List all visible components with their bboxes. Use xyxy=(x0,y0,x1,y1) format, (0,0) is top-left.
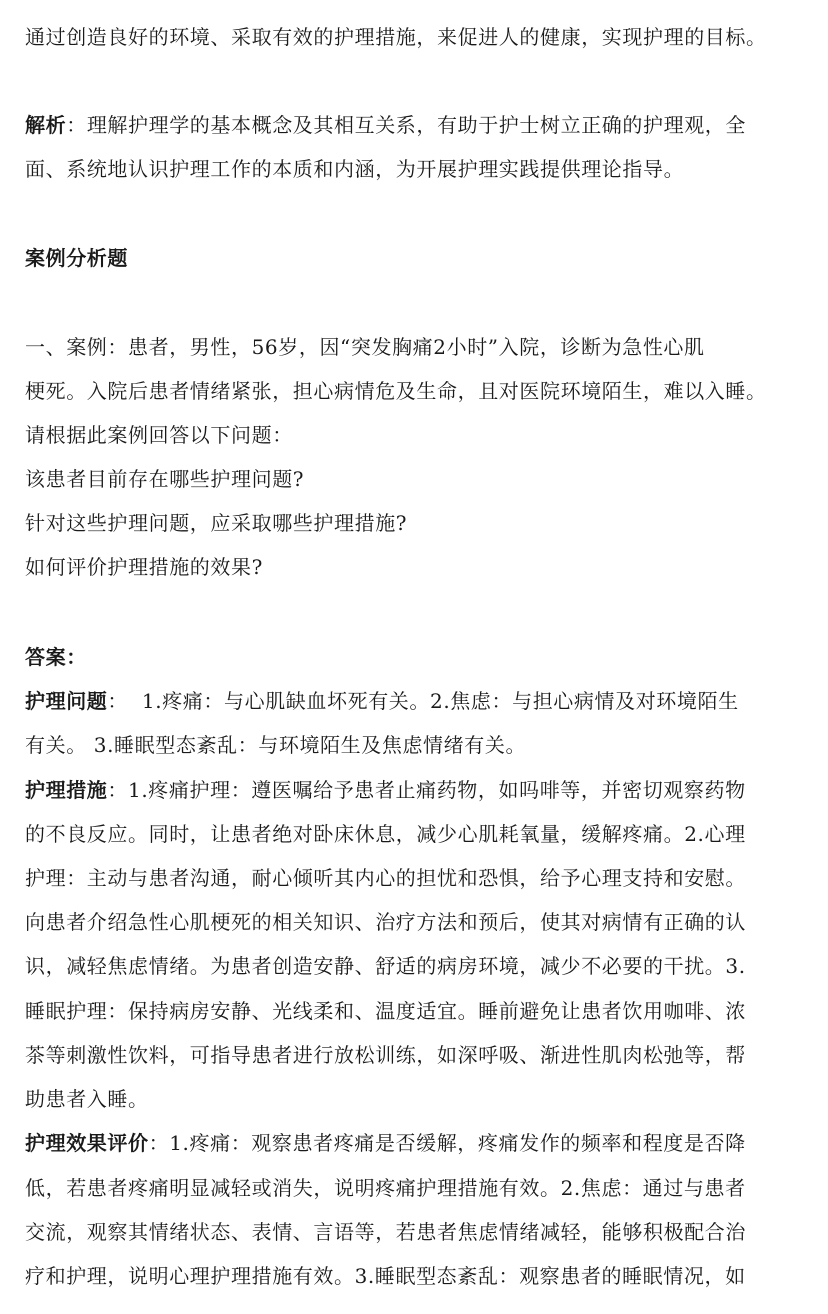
problems-label: 护理问题 xyxy=(25,689,107,713)
problems-colon: ： xyxy=(107,689,128,713)
case-question-2: 针对这些护理问题，应采取哪些护理措施? xyxy=(25,501,815,545)
case-question-3: 如何评价护理措施的效果? xyxy=(25,545,815,589)
answer-label: 答案： xyxy=(25,635,815,679)
measures-line-8: 助患者入睡。 xyxy=(25,1077,815,1121)
evaluation-line-4: 疗和护理，说明心理护理措施有效。3.睡眠型态紊乱：观察患者的睡眠情况，如 xyxy=(25,1254,815,1298)
evaluation-line-3: 交流，观察其情绪状态、表情、言语等，若患者焦虑情绪减轻，能够积极配合治 xyxy=(25,1210,815,1254)
analysis-label: 解析 xyxy=(25,113,66,137)
evaluation-line-2: 低，若患者疼痛明显减轻或消失，说明疼痛护理措施有效。2.焦虑：通过与患者 xyxy=(25,1166,815,1210)
measures-line-2: 的不良反应。同时，让患者绝对卧床休息，减少心肌耗氧量，缓解疼痛。2.心理 xyxy=(25,812,815,856)
case-line-3: 请根据此案例回答以下问题： xyxy=(25,413,815,457)
analysis-text-1: 理解护理学的基本概念及其相互关系，有助于护士树立正确的护理观，全 xyxy=(87,113,746,137)
document-page: 通过创造良好的环境、采取有效的护理措施，来促进人的健康，实现护理的目标。 解析：… xyxy=(0,0,828,1314)
intro-line-1: 通过创造良好的环境、采取有效的护理措施，来促进人的健康，实现护理的目标。 xyxy=(25,15,815,59)
measures-colon: ： xyxy=(107,778,128,802)
measures-line-5: 识，减轻焦虑情绪。为患者创造安静、舒适的病房环境，减少不必要的干扰。3. xyxy=(25,944,815,988)
problems-line-2: 有关。 3.睡眠型态紊乱：与环境陌生及焦虑情绪有关。 xyxy=(25,723,815,767)
evaluation-line-1: 护理效果评价：1.疼痛：观察患者疼痛是否缓解，疼痛发作的频率和程度是否降 xyxy=(25,1121,815,1165)
case-line-2: 梗死。入院后患者情绪紧张，担心病情危及生命，且对医院环境陌生，难以入睡。 xyxy=(25,369,815,413)
measures-line-1: 护理措施：1.疼痛护理：遵医嘱给予患者止痛药物，如吗啡等，并密切观察药物 xyxy=(25,768,815,812)
problems-line-1: 护理问题： 1.疼痛：与心肌缺血坏死有关。2.焦虑：与担心病情及对环境陌生 xyxy=(25,679,815,723)
measures-line-3: 护理：主动与患者沟通，耐心倾听其内心的担忧和恐惧，给予心理支持和安慰。 xyxy=(25,856,815,900)
evaluation-label: 护理效果评价 xyxy=(25,1131,149,1155)
analysis-line-1: 解析：理解护理学的基本概念及其相互关系，有助于护士树立正确的护理观，全 xyxy=(25,103,815,147)
measures-line-7: 茶等刺激性饮料，可指导患者进行放松训练，如深呼吸、渐进性肌肉松弛等，帮 xyxy=(25,1033,815,1077)
measures-line-4: 向患者介绍急性心肌梗死的相关知识、治疗方法和预后，使其对病情有正确的认 xyxy=(25,900,815,944)
measures-label: 护理措施 xyxy=(25,778,107,802)
evaluation-text-1: 1.疼痛：观察患者疼痛是否缓解，疼痛发作的频率和程度是否降 xyxy=(169,1131,745,1155)
case-question-1: 该患者目前存在哪些护理问题? xyxy=(25,457,815,501)
case-line-1: 一、案例：患者，男性，56岁，因“突发胸痛2小时”入院，诊断为急性心肌 xyxy=(25,325,815,369)
evaluation-colon: ： xyxy=(149,1131,170,1155)
analysis-line-2: 面、系统地认识护理工作的本质和内涵，为开展护理实践提供理论指导。 xyxy=(25,147,815,191)
problems-text-1: 1.疼痛：与心肌缺血坏死有关。2.焦虑：与担心病情及对环境陌生 xyxy=(128,689,739,713)
analysis-colon: ： xyxy=(66,113,87,137)
measures-text-1: 1.疼痛护理：遵医嘱给予患者止痛药物，如吗啡等，并密切观察药物 xyxy=(128,778,746,802)
section-title: 案例分析题 xyxy=(25,236,815,280)
measures-line-6: 睡眠护理：保持病房安静、光线柔和、温度适宜。睡前避免让患者饮用咖啡、浓 xyxy=(25,989,815,1033)
